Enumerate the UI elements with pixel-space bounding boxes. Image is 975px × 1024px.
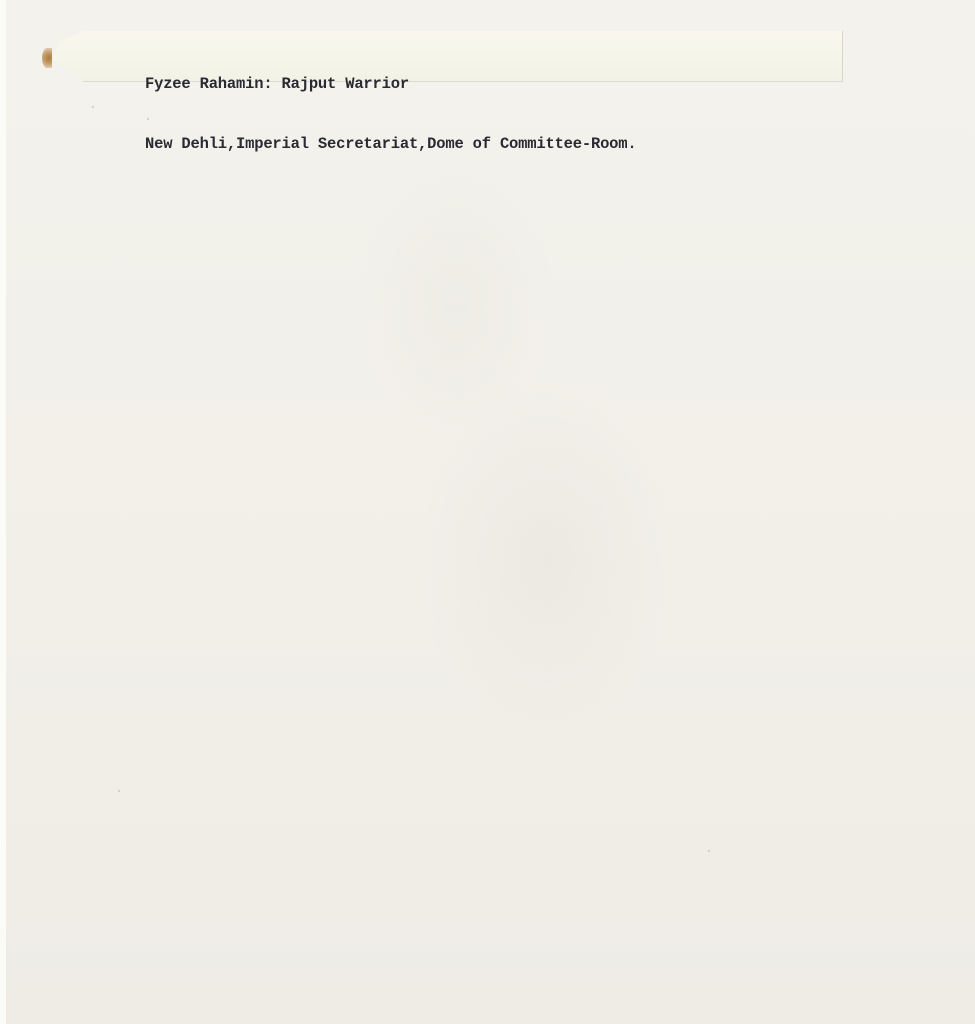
tape-stain bbox=[42, 48, 52, 68]
typed-label: Fyzee Rahamin: Rajput Warrior New Dehli,… bbox=[145, 34, 636, 174]
label-title: Fyzee Rahamin: Rajput Warrior bbox=[145, 74, 636, 94]
paper-speck bbox=[147, 118, 149, 120]
label-location: New Dehli,Imperial Secretariat,Dome of C… bbox=[145, 134, 636, 154]
paper-speck bbox=[118, 790, 120, 792]
paper-speck bbox=[92, 106, 94, 108]
paper-speck bbox=[708, 850, 710, 852]
